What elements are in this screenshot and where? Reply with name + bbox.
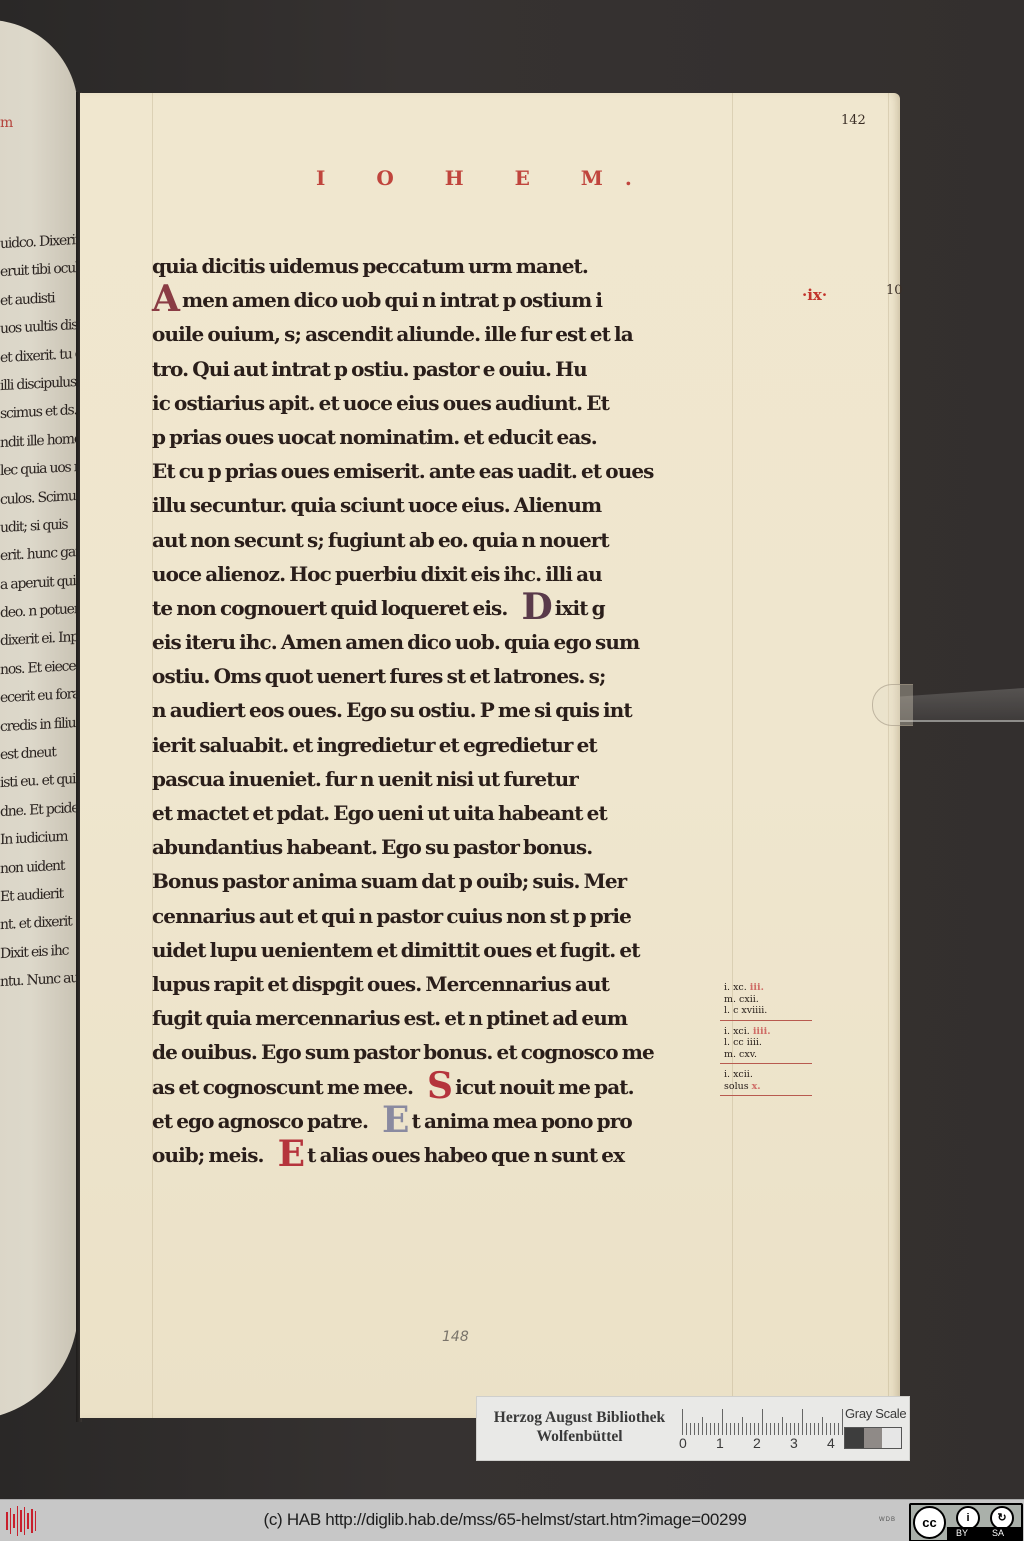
line-text: p prias oues uocat nominatim. et educit … (152, 425, 597, 449)
text-line: quia dicitis uidemus peccatum urm manet. (152, 250, 732, 284)
ruler-tick (794, 1423, 795, 1435)
text-line: n audiert eos oues. Ego su ostiu. P me s… (152, 694, 732, 728)
pencil-page-number: 148 (442, 1329, 469, 1345)
canon-number-red: iiii. (753, 1026, 771, 1037)
license-labels: BY SA (947, 1527, 1021, 1540)
text-line: fugit quia mercennarius est. et n ptinet… (152, 1002, 732, 1036)
left-facing-page: m uidco. Dixerit eieruit tibi oculoset a… (0, 20, 78, 1420)
line-text: as et cognoscunt me mee. (152, 1075, 413, 1099)
gray-swatch (882, 1428, 901, 1448)
left-page-line: isti eu. et qui lo (0, 765, 78, 798)
library-name-line2: Wolfenbüttel (477, 1427, 682, 1446)
ruler-label: 1 (716, 1435, 724, 1451)
text-line: Bonus pastor anima suam dat p ouib; suis… (152, 865, 732, 899)
gray-swatch (864, 1428, 883, 1448)
left-page-line: erit. hunc gaud (0, 538, 78, 571)
ruler-tick (698, 1423, 699, 1435)
running-title: I O H E M. (316, 166, 654, 190)
line-text: Bonus pastor anima suam dat p ouib; suis… (152, 869, 626, 893)
decorated-initial: A (152, 284, 179, 314)
text-line: et mactet et pdat. Ego ueni ut uita habe… (152, 797, 732, 831)
canon-group: i. xcii.solusx. (720, 1068, 812, 1096)
ruler-tick (770, 1423, 771, 1435)
text-line: ostiu. Oms quot uenert fures st et latro… (152, 660, 732, 694)
library-name-line1: Herzog August Bibliothek (477, 1408, 682, 1427)
line-text: cennarius aut et qui n pastor cuius non … (152, 904, 631, 928)
canon-table-notes: i. xc.iii.m. cxii.l. c xviiii.i. xci.iii… (720, 981, 812, 1100)
ruler-tick (714, 1423, 715, 1435)
ruler-label: 0 (679, 1435, 687, 1451)
cc-icon: cc (913, 1506, 946, 1539)
wdb-mark: WDB (879, 1517, 896, 1523)
text-line: ouib; meis.Et alias oues habeo que n sun… (152, 1139, 732, 1173)
line-text: t alias oues habeo que n sunt ex (307, 1143, 624, 1167)
main-text-column: quia dicitis uidemus peccatum urm manet.… (152, 250, 732, 1173)
ruler-tick (790, 1423, 791, 1435)
text-line: uoce alienoz. Hoc puerbiu dixit eis ihc.… (152, 558, 732, 592)
line-text: aut non secunt s; fugiunt ab eo. quia n … (152, 528, 609, 552)
canon-row: l. c xviiii. (724, 1005, 812, 1017)
line-text: ierit saluabit. et ingredietur et egredi… (152, 733, 597, 757)
ruler-tick (758, 1423, 759, 1435)
decorated-initial: D (521, 592, 551, 622)
text-line: uidet lupu uenientem et dimittit oues et… (152, 934, 732, 968)
canon-ref: i. xcii. (724, 1069, 753, 1080)
line-text: pascua inueniet. fur n uenit nisi ut fur… (152, 767, 578, 791)
left-page-line: et audisti (0, 283, 78, 316)
ruler-tick (834, 1423, 835, 1435)
ruler-tick (734, 1423, 735, 1435)
ruler-tick (822, 1417, 823, 1435)
text-line: Et cu p prias oues emiserit. ante eas ua… (152, 455, 732, 489)
ruler-tick (746, 1423, 747, 1435)
canon-ref: m. cxv. (724, 1049, 757, 1060)
ruler-tick (710, 1423, 711, 1435)
margin-chapter-number: ·ix· (802, 286, 827, 304)
canon-number-red: iii. (750, 982, 764, 993)
line-text: fugit quia mercennarius est. et n ptinet… (152, 1006, 627, 1030)
ruler-tick (742, 1417, 743, 1435)
text-line: et ego agnosco patre.Et anima mea pono p… (152, 1105, 732, 1139)
image-viewer: m uidco. Dixerit eieruit tibi oculoset a… (0, 0, 1024, 1499)
ruler-tick (818, 1423, 819, 1435)
canon-row: m. cxv. (724, 1049, 812, 1061)
canon-ref: l. cc iiii. (724, 1037, 762, 1048)
left-page-line: udit; si quis (0, 510, 78, 543)
left-page-line: nos. Et eiece (0, 652, 78, 685)
bookmark-shaft (900, 688, 1024, 722)
left-page-line: non uident (0, 850, 78, 883)
gray-swatch (845, 1428, 864, 1448)
copyright-link[interactable]: (c) HAB http://diglib.hab.de/mss/65-helm… (0, 1510, 1010, 1530)
left-page-line: dixerit ei. Inpe (0, 623, 78, 656)
left-page-line: ecerit eu foras (0, 680, 78, 713)
text-line: p prias oues uocat nominatim. et educit … (152, 421, 732, 455)
line-text: ouib; meis. (152, 1143, 264, 1167)
canon-row: i. xcii. (724, 1069, 812, 1081)
canon-ref: m. cxii. (724, 994, 759, 1005)
color-scale-card: Herzog August Bibliothek Wolfenbüttel 01… (476, 1396, 910, 1461)
ruler-tick (830, 1423, 831, 1435)
line-text: ostiu. Oms quot uenert fures st et latro… (152, 664, 606, 688)
line-text: n audiert eos oues. Ego su ostiu. P me s… (152, 698, 632, 722)
ruler-tick (762, 1409, 763, 1435)
left-page-line: Dixit eis ihc (0, 936, 78, 969)
ruler-tick (798, 1423, 799, 1435)
cm-ruler (682, 1407, 844, 1435)
left-page-line: ndit ille homo (0, 425, 78, 458)
ruler-tick (778, 1423, 779, 1435)
left-page-line: eruit tibi oculos (0, 254, 78, 287)
by-label: BY (956, 1527, 968, 1540)
ruler-tick (726, 1423, 727, 1435)
left-page-line: nt. et dixerit (0, 907, 78, 940)
text-line: Amen amen dico uob qui n intrat p ostium… (152, 284, 732, 318)
ruler-tick (838, 1423, 839, 1435)
ruler-tick (810, 1423, 811, 1435)
ruler-label: 4 (827, 1435, 835, 1451)
line-text: illu secuntur. quia sciunt uoce eius. Al… (152, 493, 601, 517)
left-page-rubric: m (0, 115, 13, 131)
ruler-tick (754, 1423, 755, 1435)
text-line: pascua inueniet. fur n uenit nisi ut fur… (152, 763, 732, 797)
ruler-tick (706, 1423, 707, 1435)
text-line: eis iteru ihc. Amen amen dico uob. quia … (152, 626, 732, 660)
left-page-line: dne. Et pcidens (0, 794, 78, 827)
line-text: de ouibus. Ego sum pastor bonus. et cogn… (152, 1040, 654, 1064)
line-text: et mactet et pdat. Ego ueni ut uita habe… (152, 801, 607, 825)
ruler-tick (690, 1423, 691, 1435)
gray-scale-label: Gray Scale (845, 1406, 906, 1421)
canon-group: i. xc.iii.m. cxii.l. c xviiii. (720, 981, 812, 1021)
folio-number: 142 (841, 113, 866, 128)
line-text: eis iteru ihc. Amen amen dico uob. quia … (152, 630, 639, 654)
left-page-text: uidco. Dixerit eieruit tibi oculoset aud… (0, 228, 78, 995)
ruler-tick (826, 1423, 827, 1435)
left-page-line: lec quia uos nes (0, 453, 78, 486)
left-page-line: uos uultis disci (0, 311, 78, 344)
line-text: abundantius habeant. Ego su pastor bonus… (152, 835, 592, 859)
margin-line-number: 10 (886, 283, 903, 298)
left-page-line: ntu. Nunc aut (0, 964, 78, 997)
bookmark-tip (872, 684, 913, 726)
text-line: ierit saluabit. et ingredietur et egredi… (152, 729, 732, 763)
ruler-tick (814, 1423, 815, 1435)
line-text: uoce alienoz. Hoc puerbiu dixit eis ihc.… (152, 562, 602, 586)
ruler-tick (782, 1417, 783, 1435)
ruler-tick (766, 1423, 767, 1435)
text-line: as et cognoscunt me mee.Sicut nouit me p… (152, 1071, 732, 1105)
gray-scale-swatches (844, 1427, 902, 1449)
canon-ref: solus (724, 1081, 749, 1092)
line-text: icut nouit me pat. (455, 1075, 634, 1099)
ruling-line (732, 93, 733, 1418)
canon-row: i. xc.iii. (724, 982, 812, 994)
line-text: Et cu p prias oues emiserit. ante eas ua… (152, 459, 654, 483)
text-line: ouile ouium, s; ascendit aliunde. ille f… (152, 318, 732, 352)
sa-label: SA (992, 1527, 1004, 1540)
canon-number-red: x. (752, 1081, 761, 1092)
line-text: lupus rapit et dispgit oues. Mercennariu… (152, 972, 609, 996)
left-page-line: In iudicium (0, 822, 78, 855)
decorated-initial: E (382, 1105, 409, 1135)
left-page-line: illi discipulus (0, 368, 78, 401)
text-line: te non cognouert quid loqueret eis.Dixit… (152, 592, 732, 626)
cc-license-badge[interactable]: cc i ↻ BY SA (909, 1503, 1023, 1541)
ruler-labels: 01234 (675, 1435, 855, 1451)
line-text: ixit g (555, 596, 605, 620)
ruler-tick (730, 1423, 731, 1435)
left-page-line: a aperuit quis (0, 567, 78, 600)
ruler-tick (694, 1423, 695, 1435)
canon-row: m. cxii. (724, 994, 812, 1006)
left-page-line: scimus et ds. hic (0, 396, 78, 429)
text-line: illu secuntur. quia sciunt uoce eius. Al… (152, 489, 732, 523)
decorated-initial: S (427, 1071, 452, 1101)
line-text: t anima mea pono pro (412, 1109, 632, 1133)
ruler-tick (738, 1423, 739, 1435)
text-line: tro. Qui aut intrat p ostiu. pastor e ou… (152, 353, 732, 387)
text-line: ic ostiarius apit. et uoce eius oues aud… (152, 387, 732, 421)
line-text: te non cognouert quid loqueret eis. (152, 596, 507, 620)
footer-bar: (c) HAB http://diglib.hab.de/mss/65-helm… (0, 1499, 1024, 1541)
text-line: lupus rapit et dispgit oues. Mercennariu… (152, 968, 732, 1002)
ruler-tick (786, 1423, 787, 1435)
left-page-line: credis in filiu (0, 709, 78, 742)
bookmark-tab (872, 684, 1024, 724)
decorated-initial: E (278, 1139, 305, 1169)
text-line: abundantius habeant. Ego su pastor bonus… (152, 831, 732, 865)
ruler-tick (802, 1409, 803, 1435)
left-page-line: culos. Scimus (0, 481, 78, 514)
ruler-tick (718, 1423, 719, 1435)
ruler-tick (682, 1409, 683, 1435)
line-text: uidet lupu uenientem et dimittit oues et… (152, 938, 640, 962)
canon-row: solusx. (724, 1081, 812, 1093)
ruler-tick (750, 1423, 751, 1435)
canon-group: i. xci.iiii.l. cc iiii.m. cxv. (720, 1025, 812, 1065)
ruler-label: 3 (790, 1435, 798, 1451)
canon-row: l. cc iiii. (724, 1037, 812, 1049)
left-page-line: et dixerit. tu disci (0, 339, 78, 372)
canon-ref: l. c xviiii. (724, 1005, 767, 1016)
text-line: cennarius aut et qui n pastor cuius non … (152, 900, 732, 934)
ruler-tick (842, 1409, 843, 1435)
ruler-label: 2 (753, 1435, 761, 1451)
ruler-tick (806, 1423, 807, 1435)
line-text: ic ostiarius apit. et uoce eius oues aud… (152, 391, 609, 415)
ruler-tick (686, 1423, 687, 1435)
ruler-tick (722, 1409, 723, 1435)
text-line: aut non secunt s; fugiunt ab eo. quia n … (152, 524, 732, 558)
canon-ref: i. xci. (724, 1026, 750, 1037)
line-text: quia dicitis uidemus peccatum urm manet. (152, 254, 588, 278)
canon-row: i. xci.iiii. (724, 1026, 812, 1038)
manuscript-folio: 142 I O H E M. ·ix· 10 quia dicitis uide… (80, 93, 900, 1418)
line-text: et ego agnosco patre. (152, 1109, 368, 1133)
line-text: ouile ouium, s; ascendit aliunde. ille f… (152, 322, 633, 346)
library-name: Herzog August Bibliothek Wolfenbüttel (477, 1408, 682, 1446)
line-text: tro. Qui aut intrat p ostiu. pastor e ou… (152, 357, 587, 381)
line-text: men amen dico uob qui n intrat p ostium … (182, 288, 602, 312)
canon-ref: i. xc. (724, 982, 747, 993)
ruler-tick (774, 1423, 775, 1435)
ruler-tick (702, 1417, 703, 1435)
